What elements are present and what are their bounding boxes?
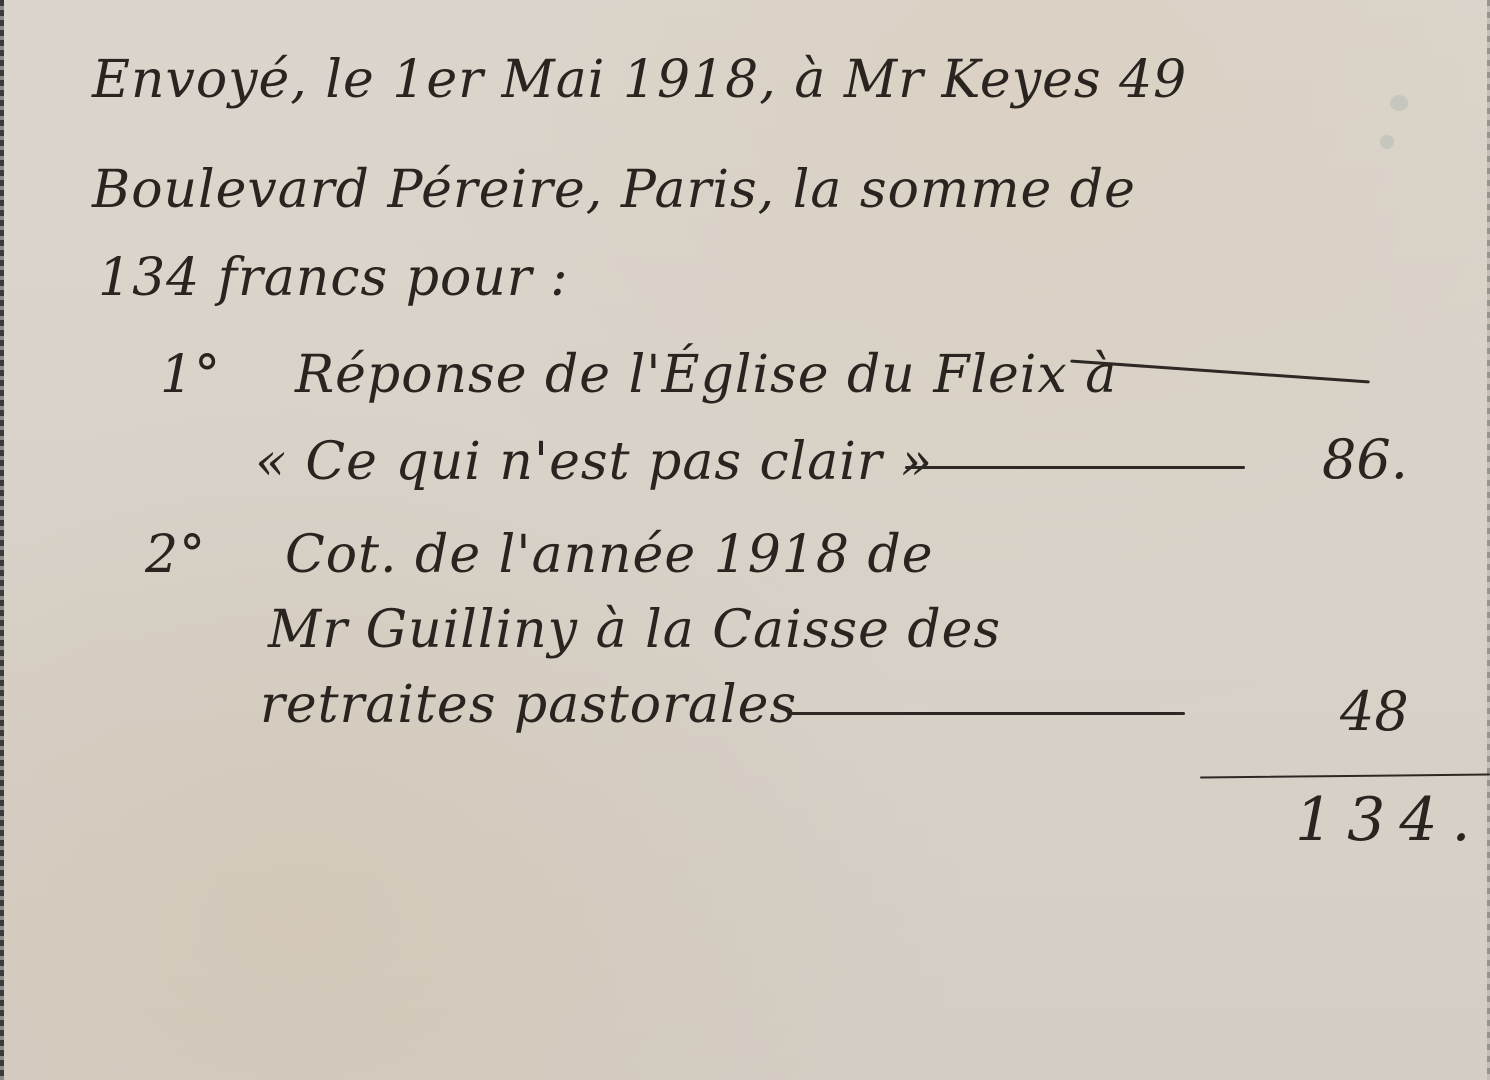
perforated-left-edge (0, 0, 4, 1080)
item2-description-line1: Cot. de l'année 1918 de (285, 525, 934, 585)
item1-description-line2: « Ce qui n'est pas clair » (255, 432, 933, 492)
line-address-sum: Boulevard Péreire, Paris, la somme de (92, 160, 1136, 220)
item1-description-line1: Réponse de l'Église du Fleix à (295, 345, 1117, 405)
item2-leader-line (790, 712, 1185, 715)
ink-stain (1380, 135, 1394, 149)
item2-description-line3: retraites pastorales (260, 675, 797, 735)
item2-amount: 48 (1340, 680, 1409, 743)
item1-marker: 1° (160, 345, 221, 405)
ink-stain (1390, 95, 1408, 111)
item1-amount: 86. (1322, 428, 1408, 491)
line-amount-purpose: 134 francs pour : (98, 248, 569, 308)
item2-description-line2: Mr Guilliny à la Caisse des (268, 600, 1001, 660)
sum-rule (1200, 773, 1490, 778)
total-amount: 134. (1295, 785, 1485, 855)
item2-marker: 2° (145, 525, 206, 585)
line-sent-date-recipient: Envoyé, le 1er Mai 1918, à Mr Keyes 49 (92, 50, 1187, 110)
handwritten-note: Envoyé, le 1er Mai 1918, à Mr Keyes 49 B… (0, 0, 1490, 1080)
item1-leader-line (905, 466, 1245, 469)
